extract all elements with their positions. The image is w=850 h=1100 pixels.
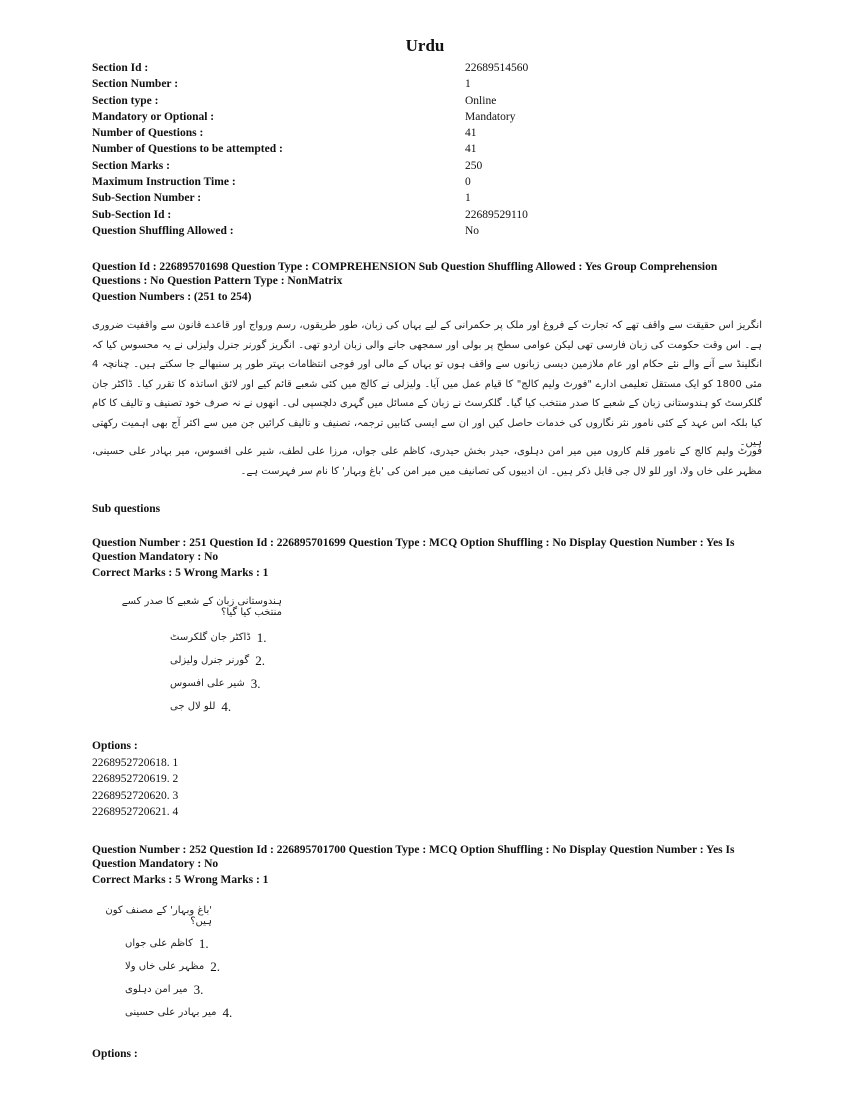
question-251-choices: 1.ڈاکٹر جان گلکرسٹ 2.گورنر جنرل ولیزلی 3… xyxy=(170,626,270,718)
meta-value: 250 xyxy=(465,158,482,174)
question-252-options-label: Options : xyxy=(92,1046,138,1063)
sub-questions-label: Sub questions xyxy=(92,501,160,518)
meta-label: Section type : xyxy=(92,93,158,109)
option-id: 2268952720619. 2 xyxy=(92,771,178,788)
meta-value: 0 xyxy=(465,174,471,190)
choice-2: 2.گورنر جنرل ولیزلی xyxy=(170,649,270,672)
choice-number: 1. xyxy=(199,932,209,955)
choice-text: گورنر جنرل ولیزلی xyxy=(170,649,249,672)
meta-label: Section Marks : xyxy=(92,158,170,174)
choice-text: شیر علی افسوس xyxy=(170,672,245,695)
comprehension-header-line2: Questions : No Question Pattern Type : N… xyxy=(92,274,772,288)
choice-number: 3. xyxy=(194,978,204,1001)
comprehension-paragraph-1: انگریز اس حقیقت سے واقف تھے کہ تجارت کے … xyxy=(92,316,762,453)
option-id: 2268952720621. 4 xyxy=(92,804,178,821)
choice-number: 2. xyxy=(255,649,265,672)
choice-4: 4.میر بہادر علی حسینی xyxy=(125,1001,240,1024)
meta-label: Sub-Section Id : xyxy=(92,207,171,223)
meta-value: 1 xyxy=(465,190,471,206)
meta-value: No xyxy=(465,223,479,239)
choice-number: 1. xyxy=(257,626,267,649)
question-header-line1: Question Number : 251 Question Id : 2268… xyxy=(92,536,772,550)
meta-row-shuffling: Question Shuffling Allowed :No xyxy=(92,223,692,239)
question-251-text: ہندوستانی زبان کے شعبے کا صدر کسے منتخب … xyxy=(92,596,282,618)
meta-label: Number of Questions : xyxy=(92,125,203,141)
comprehension-header: Question Id : 226895701698 Question Type… xyxy=(92,260,772,304)
meta-row-subsection-id: Sub-Section Id :22689529110 xyxy=(92,207,692,223)
question-252-header: Question Number : 252 Question Id : 2268… xyxy=(92,843,772,887)
options-label: Options : xyxy=(92,738,178,755)
choice-number: 2. xyxy=(210,955,220,978)
section-meta-table: Section Id :22689514560 Section Number :… xyxy=(92,60,692,239)
comprehension-paragraph-2: فورٹ ولیم کالج کے نامور قلم کاروں میں می… xyxy=(92,442,762,481)
choice-3: 3.میر امن دہلوی xyxy=(125,978,240,1001)
meta-row-section-type: Section type :Online xyxy=(92,93,692,109)
section-title: Urdu xyxy=(0,36,850,56)
meta-row-instruction-time: Maximum Instruction Time :0 xyxy=(92,174,692,190)
question-251-header: Question Number : 251 Question Id : 2268… xyxy=(92,536,772,580)
comprehension-header-line1: Question Id : 226895701698 Question Type… xyxy=(92,260,772,274)
choice-1: 1.کاظم علی جواں xyxy=(125,932,240,955)
meta-label: Question Shuffling Allowed : xyxy=(92,223,234,239)
choice-text: ڈاکٹر جان گلکرسٹ xyxy=(170,626,251,649)
meta-row-subsection-number: Sub-Section Number :1 xyxy=(92,190,692,206)
meta-row-num-attempted: Number of Questions to be attempted :41 xyxy=(92,141,692,157)
choice-text: للو لال جی xyxy=(170,695,215,718)
question-marks: Correct Marks : 5 Wrong Marks : 1 xyxy=(92,566,772,580)
question-header-line2: Question Mandatory : No xyxy=(92,857,772,871)
meta-value: 22689529110 xyxy=(465,207,528,223)
question-numbers: Question Numbers : (251 to 254) xyxy=(92,290,772,304)
meta-row-section-marks: Section Marks :250 xyxy=(92,158,692,174)
option-id: 2268952720618. 1 xyxy=(92,755,178,772)
meta-value: 22689514560 xyxy=(465,60,528,76)
meta-value: Mandatory xyxy=(465,109,515,125)
choice-text: مظہر علی خاں ولا xyxy=(125,955,204,978)
choice-4: 4.للو لال جی xyxy=(170,695,270,718)
choice-number: 4. xyxy=(221,695,231,718)
meta-value: 1 xyxy=(465,76,471,92)
meta-label: Number of Questions to be attempted : xyxy=(92,141,283,157)
choice-1: 1.ڈاکٹر جان گلکرسٹ xyxy=(170,626,270,649)
choice-3: 3.شیر علی افسوس xyxy=(170,672,270,695)
meta-label: Maximum Instruction Time : xyxy=(92,174,236,190)
question-header-line1: Question Number : 252 Question Id : 2268… xyxy=(92,843,772,857)
question-252-choices: 1.کاظم علی جواں 2.مظہر علی خاں ولا 3.میر… xyxy=(125,932,240,1024)
meta-value: Online xyxy=(465,93,496,109)
meta-row-section-id: Section Id :22689514560 xyxy=(92,60,692,76)
meta-row-num-questions: Number of Questions :41 xyxy=(92,125,692,141)
choice-number: 3. xyxy=(251,672,261,695)
choice-number: 4. xyxy=(222,1001,232,1024)
meta-label: Section Id : xyxy=(92,60,148,76)
meta-label: Mandatory or Optional : xyxy=(92,109,214,125)
question-252-text: 'باغ وبہار' کے مصنف کون ہیں؟ xyxy=(92,905,212,927)
question-marks: Correct Marks : 5 Wrong Marks : 1 xyxy=(92,873,772,887)
choice-text: میر امن دہلوی xyxy=(125,978,188,1001)
meta-value: 41 xyxy=(465,125,477,141)
question-251-options: Options : 2268952720618. 1 2268952720619… xyxy=(92,738,178,821)
choice-text: میر بہادر علی حسینی xyxy=(125,1001,216,1024)
question-header-line2: Question Mandatory : No xyxy=(92,550,772,564)
choice-text: کاظم علی جواں xyxy=(125,932,193,955)
option-id: 2268952720620. 3 xyxy=(92,788,178,805)
meta-label: Sub-Section Number : xyxy=(92,190,201,206)
meta-row-mandatory: Mandatory or Optional :Mandatory xyxy=(92,109,692,125)
meta-value: 41 xyxy=(465,141,477,157)
choice-2: 2.مظہر علی خاں ولا xyxy=(125,955,240,978)
meta-label: Section Number : xyxy=(92,76,178,92)
meta-row-section-number: Section Number :1 xyxy=(92,76,692,92)
